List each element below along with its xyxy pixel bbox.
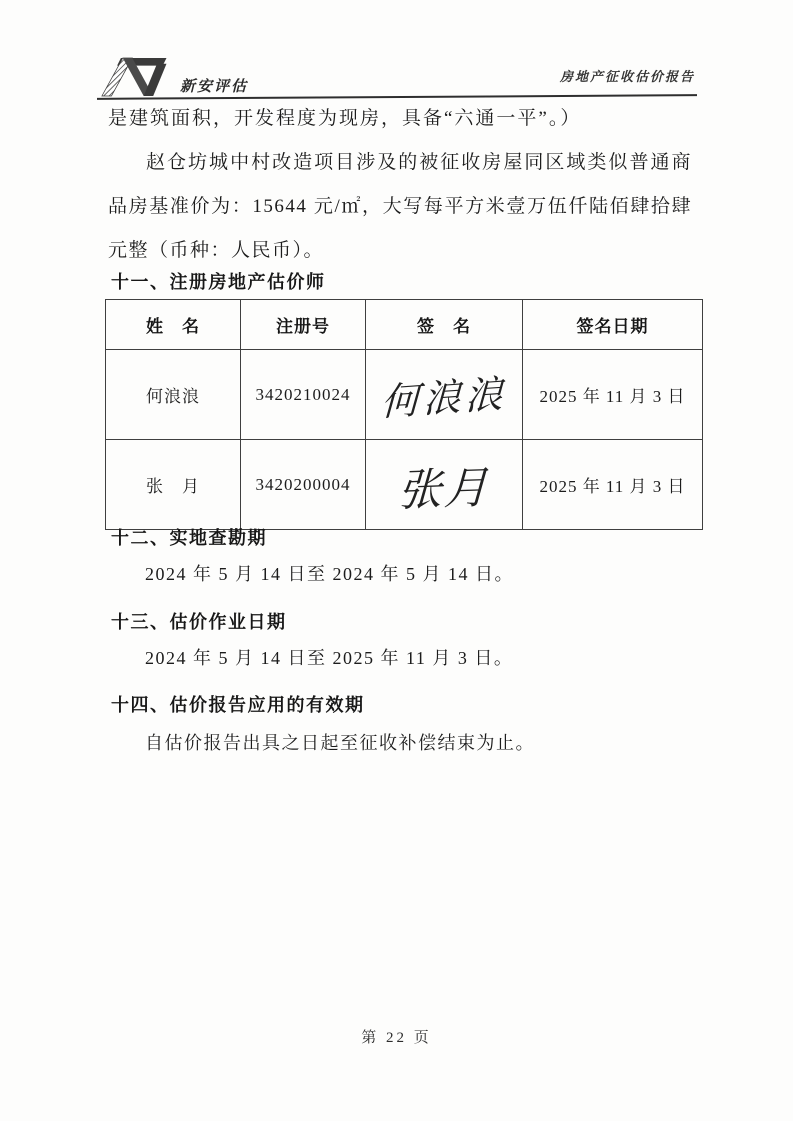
signature-date: 2025 年 11 月 3 日 (523, 350, 703, 440)
appraiser-table: 姓 名 注册号 签 名 签名日期 何浪浪 3420210024 何浪浪 2025… (105, 299, 703, 530)
table-row: 何浪浪 3420210024 何浪浪 2025 年 11 月 3 日 (106, 350, 703, 440)
signature-date: 2025 年 11 月 3 日 (523, 440, 703, 530)
page-number-label: 第 22 页 (361, 1030, 432, 1046)
report-page: 新安评估 房地产征收估价报告 是建筑面积，开发程度为现房，具备“六通一平”。） … (0, 0, 793, 1121)
table-row: 张 月 3420200004 张月 2025 年 11 月 3 日 (106, 440, 703, 530)
signature-cell: 何浪浪 (366, 350, 523, 440)
header-logo-block: 新安评估 (100, 56, 248, 98)
report-validity-period-text: 自估价报告出具之日起至征收补偿结束为止。 (145, 729, 535, 755)
signature-cell: 张月 (366, 440, 523, 530)
registration-number: 3420210024 (241, 350, 366, 440)
section-heading-site-inspection-period: 十二、实地查勘期 (111, 524, 267, 550)
intro-line: 是建筑面积，开发程度为现房，具备“六通一平”。） (108, 104, 698, 134)
table-header-row: 姓 名 注册号 签 名 签名日期 (106, 300, 703, 350)
appraiser-name: 张 月 (106, 440, 241, 530)
xinan-logo-icon (100, 56, 176, 98)
logo-text: 新安评估 (180, 75, 248, 98)
appraiser-name: 何浪浪 (106, 350, 241, 440)
report-type-label: 房地产征收估价报告 (560, 66, 695, 85)
handwritten-signature: 何浪浪 (380, 362, 508, 426)
valuation-work-dates-text: 2024 年 5 月 14 日至 2025 年 11 月 3 日。 (145, 644, 513, 670)
base-price-paragraph: 赵仓坊城中村改造项目涉及的被征收房屋同区域类似普通商品房基准价为：15644 元… (108, 141, 692, 273)
handwritten-signature: 张月 (397, 451, 491, 518)
registration-number: 3420200004 (241, 440, 366, 530)
section-heading-registered-appraisers: 十一、注册房地产估价师 (111, 268, 326, 294)
column-header-registration-number: 注册号 (241, 300, 366, 350)
section-heading-report-validity-period: 十四、估价报告应用的有效期 (111, 691, 365, 717)
column-header-signature: 签 名 (366, 300, 523, 350)
column-header-signature-date: 签名日期 (523, 300, 703, 350)
site-inspection-period-text: 2024 年 5 月 14 日至 2024 年 5 月 14 日。 (145, 560, 514, 586)
section-heading-valuation-work-dates: 十三、估价作业日期 (111, 608, 287, 634)
column-header-name: 姓 名 (106, 300, 241, 350)
page-footer: 第 22 页 (0, 1026, 793, 1047)
